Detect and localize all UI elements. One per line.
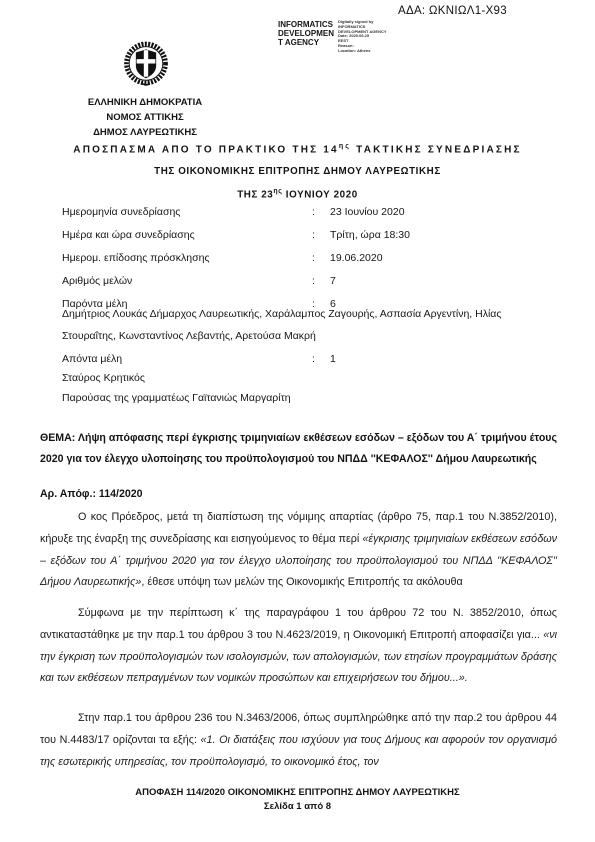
table-row: Απόντα μέλη : 1 — [62, 347, 540, 370]
row-value: 7 — [330, 275, 540, 287]
body-paragraph-1: Ο κος Πρόεδρος, μετά τη διαπίστωση της ν… — [40, 507, 557, 594]
gov-line-municipality: ΔΗΜΟΣ ΛΑΥΡΕΩΤΙΚΗΣ — [30, 125, 260, 140]
greek-national-emblem-icon — [122, 40, 170, 90]
row-colon: : — [312, 353, 330, 365]
table-row: Αριθμός μελών : 7 — [62, 269, 540, 292]
row-label: Αριθμός μελών — [62, 275, 312, 287]
table-row: Ημερομηνία συνεδρίασης : 23 Ιουνίου 2020 — [62, 200, 540, 223]
footer-page-number: Σελίδα 1 από 8 — [0, 800, 595, 814]
ada-code: ΑΔΑ: ΩΚΝΙΩΛ1-Χ93 — [398, 5, 507, 17]
body-paragraph-3: Στην παρ.1 του άρθρου 236 του Ν.3463/200… — [40, 708, 557, 773]
secretary-line: Παρούσας της γραμματέως Γαϊτανιώς Μαργαρ… — [62, 392, 291, 404]
title-line-3: ΤΗΣ 23ης ΙΟΥΝΙΟΥ 2020 — [0, 188, 595, 200]
row-value: 23 Ιουνίου 2020 — [330, 206, 540, 218]
body-paragraph-2: Σύμφωνα με την περίπτωση κ΄ της παραγράφ… — [40, 603, 557, 690]
row-colon: : — [312, 206, 330, 218]
government-header: ΕΛΛΗΝΙΚΗ ΔΗΜΟΚΡΑΤΙΑ ΝΟΜΟΣ ΑΤΤΙΚΗΣ ΔΗΜΟΣ … — [30, 95, 260, 140]
gov-line-prefecture: ΝΟΜΟΣ ΑΤΤΙΚΗΣ — [30, 110, 260, 125]
absent-members-row: Απόντα μέλη : 1 — [62, 347, 540, 370]
document-title: ΑΠΟΣΠΑΣΜΑ ΑΠΟ ΤΟ ΠΡΑΚΤΙΚΟ ΤΗΣ 14ης ΤΑΚΤΙ… — [0, 143, 595, 201]
row-label: Ημερομηνία συνεδρίασης — [62, 206, 312, 218]
row-value: 1 — [330, 353, 540, 365]
table-row: Ημέρα και ώρα συνεδρίασης : Τρίτη, ώρα 1… — [62, 223, 540, 246]
title-line-2: ΤΗΣ ΟΙΚΟΝΟΜΙΚΗΣ ΕΠΙΤΡΟΠΗΣ ΔΗΜΟΥ ΛΑΥΡΕΩΤΙ… — [0, 166, 595, 177]
stamp-agency-name: INFORMATICS DEVELOPMEN T AGENCY — [278, 20, 334, 54]
title-line-1: ΑΠΟΣΠΑΣΜΑ ΑΠΟ ΤΟ ΠΡΑΚΤΙΚΟ ΤΗΣ 14ης ΤΑΚΤΙ… — [0, 143, 595, 155]
row-label: Ημερομ. επίδοσης πρόσκλησης — [62, 252, 312, 264]
row-value: 19.06.2020 — [330, 252, 540, 264]
document-page: ΑΔΑ: ΩΚΝΙΩΛ1-Χ93 INFORMATICS DEVELOPMEN … — [0, 0, 595, 842]
absent-member-name: Σταύρος Κρητικός — [62, 372, 145, 384]
row-colon: : — [312, 252, 330, 264]
footer-decision-line: ΑΠΟΦΑΣΗ 114/2020 ΟΙΚΟΝΟΜΙΚΗΣ ΕΠΙΤΡΟΠΗΣ Δ… — [0, 786, 595, 800]
meeting-details-table: Ημερομηνία συνεδρίασης : 23 Ιουνίου 2020… — [62, 200, 540, 315]
row-label: Απόντα μέλη — [62, 353, 312, 365]
table-row: Ημερομ. επίδοσης πρόσκλησης : 19.06.2020 — [62, 246, 540, 269]
stamp-signature-details: Digitally signed by INFORMATICS DEVELOPM… — [338, 20, 387, 54]
row-colon: : — [312, 275, 330, 287]
subject-heading: ΘΕΜΑ: Λήψη απόφασης περί έγκρισης τριμην… — [40, 428, 557, 470]
row-colon: : — [312, 229, 330, 241]
gov-line-republic: ΕΛΛΗΝΙΚΗ ΔΗΜΟΚΡΑΤΙΑ — [30, 95, 260, 110]
decision-number: Αρ. Απόφ.: 114/2020 — [40, 488, 143, 500]
row-value: Τρίτη, ώρα 18:30 — [330, 229, 540, 241]
digital-signature-stamp: INFORMATICS DEVELOPMEN T AGENCY Digitall… — [278, 20, 387, 54]
present-members-list: Δημήτριος Λουκάς Δήμαρχος Λαυρεωτικής, Χ… — [62, 303, 544, 347]
page-footer: ΑΠΟΦΑΣΗ 114/2020 ΟΙΚΟΝΟΜΙΚΗΣ ΕΠΙΤΡΟΠΗΣ Δ… — [0, 786, 595, 814]
row-label: Ημέρα και ώρα συνεδρίασης — [62, 229, 312, 241]
